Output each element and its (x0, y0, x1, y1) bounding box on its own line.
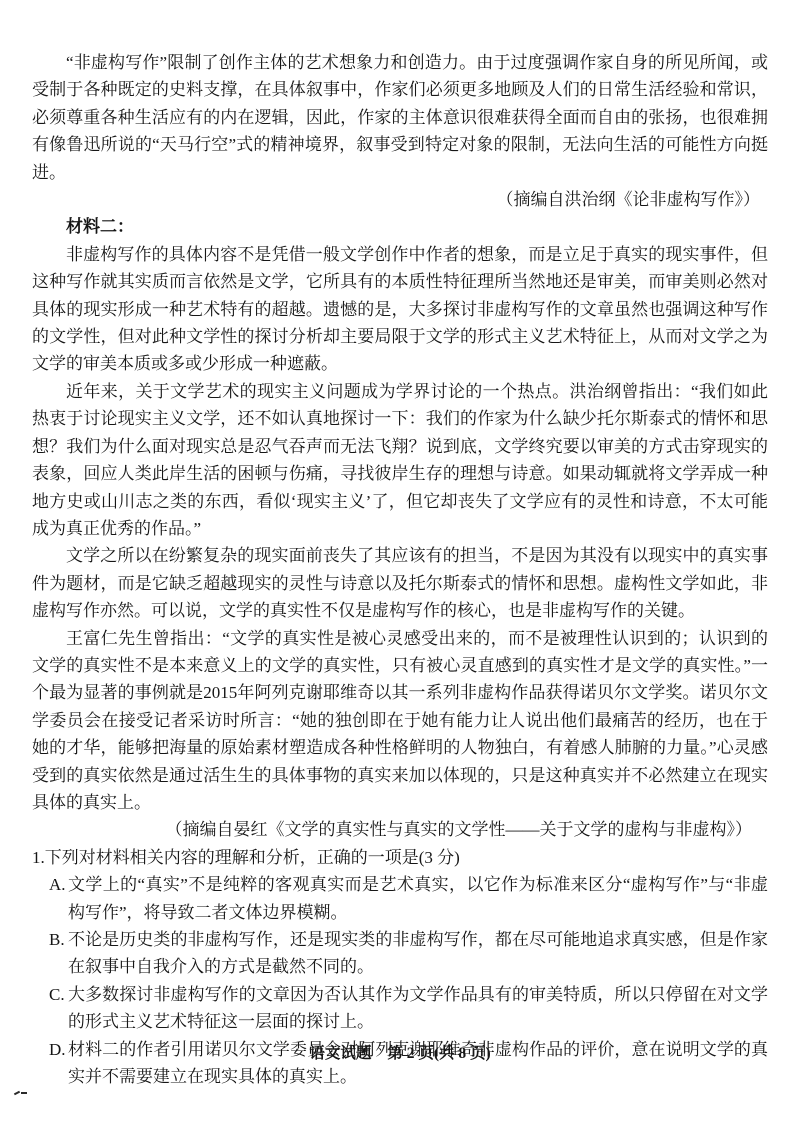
question1-option-b: B.不论是历史类的非虚构写作，还是现实类的非虚构写作，都在尽可能地追求真实感，但… (32, 926, 768, 981)
page-content: “非虚构写作”限制了创作主体的艺术想象力和创造力。由于过度强调作家自身的所见所闻… (32, 49, 768, 1090)
option-a-text: 文学上的“真实”不是纯粹的客观真实而是艺术真实，以它作为标准来区分“虚构写作”与… (68, 875, 768, 921)
material1-attribution: （摘编自洪治纲《论非虚构写作》） (32, 186, 768, 213)
question1-option-a: A.文学上的“真实”不是纯粹的客观真实而是艺术真实，以它作为标准来区分“虚构写作… (32, 871, 768, 926)
question1-stem: 1.下列对材料相关内容的理解和分析，正确的一项是(3 分) (32, 844, 768, 871)
material1-closing-paragraph: “非虚构写作”限制了创作主体的艺术想象力和创造力。由于过度强调作家自身的所见所闻… (32, 49, 768, 186)
material2-paragraph-2: 近年来，关于文学艺术的现实主义问题成为学界讨论的一个热点。洪治纲曾指出：“我们如… (32, 378, 768, 542)
option-c-label: C. (49, 981, 65, 1008)
material2-attribution: （摘编自晏红《文学的真实性与真实的文学性——关于文学的虚构与非虚构》） (32, 816, 768, 843)
material2-paragraph-4: 王富仁先生曾指出：“文学的真实性是被心灵感受出来的，而不是被理性认识到的；认识到… (32, 625, 768, 817)
footer-exam-title: 语文试题 (309, 1045, 371, 1062)
option-a-label: A. (49, 871, 66, 898)
question1-option-c: C.大多数探讨非虚构写作的文章因为否认其作为文学作品具有的审美特质，所以只停留在… (32, 981, 768, 1036)
material2-paragraph-1: 非虚构写作的具体内容不是凭借一般文学创作中作者的想象，而是立足于真实的现实事件，… (32, 241, 768, 378)
footer-page-number: 第 2 页(共 8 页) (387, 1045, 490, 1062)
exam-page: “非虚构写作”限制了创作主体的艺术想象力和创造力。由于过度强调作家自身的所见所闻… (0, 0, 800, 1131)
scan-artifact-mark (14, 1090, 27, 1095)
option-b-text: 不论是历史类的非虚构写作，还是现实类的非虚构写作，都在尽可能地追求真实感，但是作… (68, 930, 768, 976)
option-c-text: 大多数探讨非虚构写作的文章因为否认其作为文学作品具有的审美特质，所以只停留在对文… (68, 985, 768, 1031)
material2-heading: 材料二： (32, 213, 768, 240)
page-footer: 语文试题第 2 页(共 8 页) (0, 1041, 800, 1063)
option-b-label: B. (49, 926, 65, 953)
material2-paragraph-3: 文学之所以在纷繁复杂的现实面前丧失了其应该有的担当，不是因为其没有以现实中的真实… (32, 542, 768, 624)
